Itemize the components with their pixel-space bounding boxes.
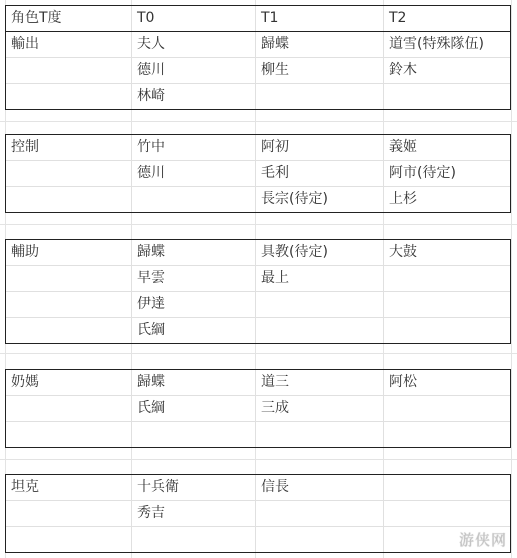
cell-t1[interactable] <box>256 292 384 317</box>
role-label[interactable]: 輔助 <box>6 240 132 265</box>
cell-t0[interactable]: 歸蝶 <box>132 240 256 265</box>
cell-t1[interactable] <box>256 318 384 343</box>
cell-t1[interactable]: 長宗(待定) <box>256 187 384 212</box>
role-label-empty[interactable] <box>6 292 132 317</box>
cell-t2[interactable] <box>384 501 510 526</box>
table-row: 氏綱 <box>6 318 510 344</box>
cell-t1[interactable]: 三成 <box>256 396 384 421</box>
gridline <box>511 0 512 558</box>
tier-table-tank: 坦克 十兵衛 信長 秀吉 <box>5 474 511 553</box>
cell-t2[interactable] <box>384 396 510 421</box>
role-label-empty[interactable] <box>6 501 132 526</box>
cell-t2[interactable]: 阿松 <box>384 370 510 395</box>
cell-t0[interactable]: 伊達 <box>132 292 256 317</box>
table-row: 德川 毛利 阿市(待定) <box>6 161 510 187</box>
role-label-empty[interactable] <box>6 527 132 552</box>
cell-t2[interactable] <box>384 84 510 109</box>
cell-t1[interactable]: 具教(待定) <box>256 240 384 265</box>
table-row: 輸出 夫人 歸蝶 道雪(特殊隊伍) <box>6 32 510 58</box>
role-label-empty[interactable] <box>6 396 132 421</box>
role-label-empty[interactable] <box>6 58 132 83</box>
cell-t1[interactable]: 毛利 <box>256 161 384 186</box>
role-label[interactable]: 輸出 <box>6 32 132 57</box>
cell-t2[interactable]: 鈴木 <box>384 58 510 83</box>
table-row: 奶媽 歸蝶 道三 阿松 <box>6 370 510 396</box>
tier-table-control: 控制 竹中 阿初 義姬 德川 毛利 阿市(待定) 長宗(待定) 上杉 <box>5 134 511 213</box>
role-label-empty[interactable] <box>6 266 132 291</box>
cell-t2[interactable]: 義姬 <box>384 135 510 160</box>
cell-t2[interactable]: 上杉 <box>384 187 510 212</box>
role-label-empty[interactable] <box>6 187 132 212</box>
cell-t1[interactable] <box>256 422 384 447</box>
cell-t2[interactable]: 道雪(特殊隊伍) <box>384 32 510 57</box>
role-label-empty[interactable] <box>6 84 132 109</box>
cell-t0[interactable]: 竹中 <box>132 135 256 160</box>
cell-t2[interactable] <box>384 292 510 317</box>
header-t0[interactable]: T0 <box>132 6 256 31</box>
tier-table-healer: 奶媽 歸蝶 道三 阿松 氏綱 三成 <box>5 369 511 448</box>
cell-t1[interactable]: 柳生 <box>256 58 384 83</box>
cell-t0[interactable] <box>132 527 256 552</box>
cell-t1[interactable] <box>256 501 384 526</box>
role-label[interactable]: 奶媽 <box>6 370 132 395</box>
cell-t1[interactable]: 信長 <box>256 475 384 500</box>
cell-t0[interactable]: 氏綱 <box>132 318 256 343</box>
table-row: 秀吉 <box>6 501 510 527</box>
tier-table-support: 輔助 歸蝶 具教(待定) 大鼓 早雲 最上 伊達 氏綱 <box>5 239 511 344</box>
cell-t1[interactable] <box>256 84 384 109</box>
gridline <box>0 224 517 225</box>
cell-t0[interactable]: 德川 <box>132 161 256 186</box>
header-t2[interactable]: T2 <box>384 6 510 31</box>
table-row: 坦克 十兵衛 信長 <box>6 475 510 501</box>
table-row: 德川 柳生 鈴木 <box>6 58 510 84</box>
role-label[interactable]: 坦克 <box>6 475 132 500</box>
role-label[interactable]: 控制 <box>6 135 132 160</box>
table-row: 林崎 <box>6 84 510 110</box>
cell-t0[interactable]: 林崎 <box>132 84 256 109</box>
table-row: 伊達 <box>6 292 510 318</box>
cell-t1[interactable] <box>256 527 384 552</box>
gridline <box>0 459 517 460</box>
cell-t2[interactable] <box>384 422 510 447</box>
table-row: 早雲 最上 <box>6 266 510 292</box>
header-t1[interactable]: T1 <box>256 6 384 31</box>
cell-t0[interactable]: 氏綱 <box>132 396 256 421</box>
cell-t2[interactable] <box>384 318 510 343</box>
header-row: 角色T度 T0 T1 T2 <box>6 6 510 32</box>
cell-t0[interactable]: 十兵衛 <box>132 475 256 500</box>
table-row: 控制 竹中 阿初 義姬 <box>6 135 510 161</box>
role-label-empty[interactable] <box>6 318 132 343</box>
cell-t2[interactable]: 阿市(待定) <box>384 161 510 186</box>
cell-t2[interactable] <box>384 266 510 291</box>
table-row <box>6 527 510 553</box>
cell-t2[interactable] <box>384 475 510 500</box>
role-label-empty[interactable] <box>6 161 132 186</box>
role-label-empty[interactable] <box>6 422 132 447</box>
table-row: 氏綱 三成 <box>6 396 510 422</box>
cell-t1[interactable]: 道三 <box>256 370 384 395</box>
cell-t0[interactable]: 歸蝶 <box>132 370 256 395</box>
tier-table-output: 角色T度 T0 T1 T2 輸出 夫人 歸蝶 道雪(特殊隊伍) 德川 柳生 鈴木… <box>5 5 511 110</box>
spreadsheet: 角色T度 T0 T1 T2 輸出 夫人 歸蝶 道雪(特殊隊伍) 德川 柳生 鈴木… <box>0 0 517 558</box>
cell-t0[interactable]: 秀吉 <box>132 501 256 526</box>
header-role[interactable]: 角色T度 <box>6 6 132 31</box>
watermark-logo: 游侠网 <box>459 529 507 550</box>
table-row <box>6 422 510 448</box>
cell-t0[interactable]: 夫人 <box>132 32 256 57</box>
gridline <box>0 121 517 122</box>
table-row: 輔助 歸蝶 具教(待定) 大鼓 <box>6 240 510 266</box>
cell-t0[interactable] <box>132 422 256 447</box>
cell-t1[interactable]: 阿初 <box>256 135 384 160</box>
cell-t0[interactable]: 早雲 <box>132 266 256 291</box>
gridline <box>0 353 517 354</box>
cell-t2[interactable]: 大鼓 <box>384 240 510 265</box>
cell-t1[interactable]: 歸蝶 <box>256 32 384 57</box>
table-row: 長宗(待定) 上杉 <box>6 187 510 213</box>
cell-t0[interactable] <box>132 187 256 212</box>
cell-t0[interactable]: 德川 <box>132 58 256 83</box>
cell-t1[interactable]: 最上 <box>256 266 384 291</box>
